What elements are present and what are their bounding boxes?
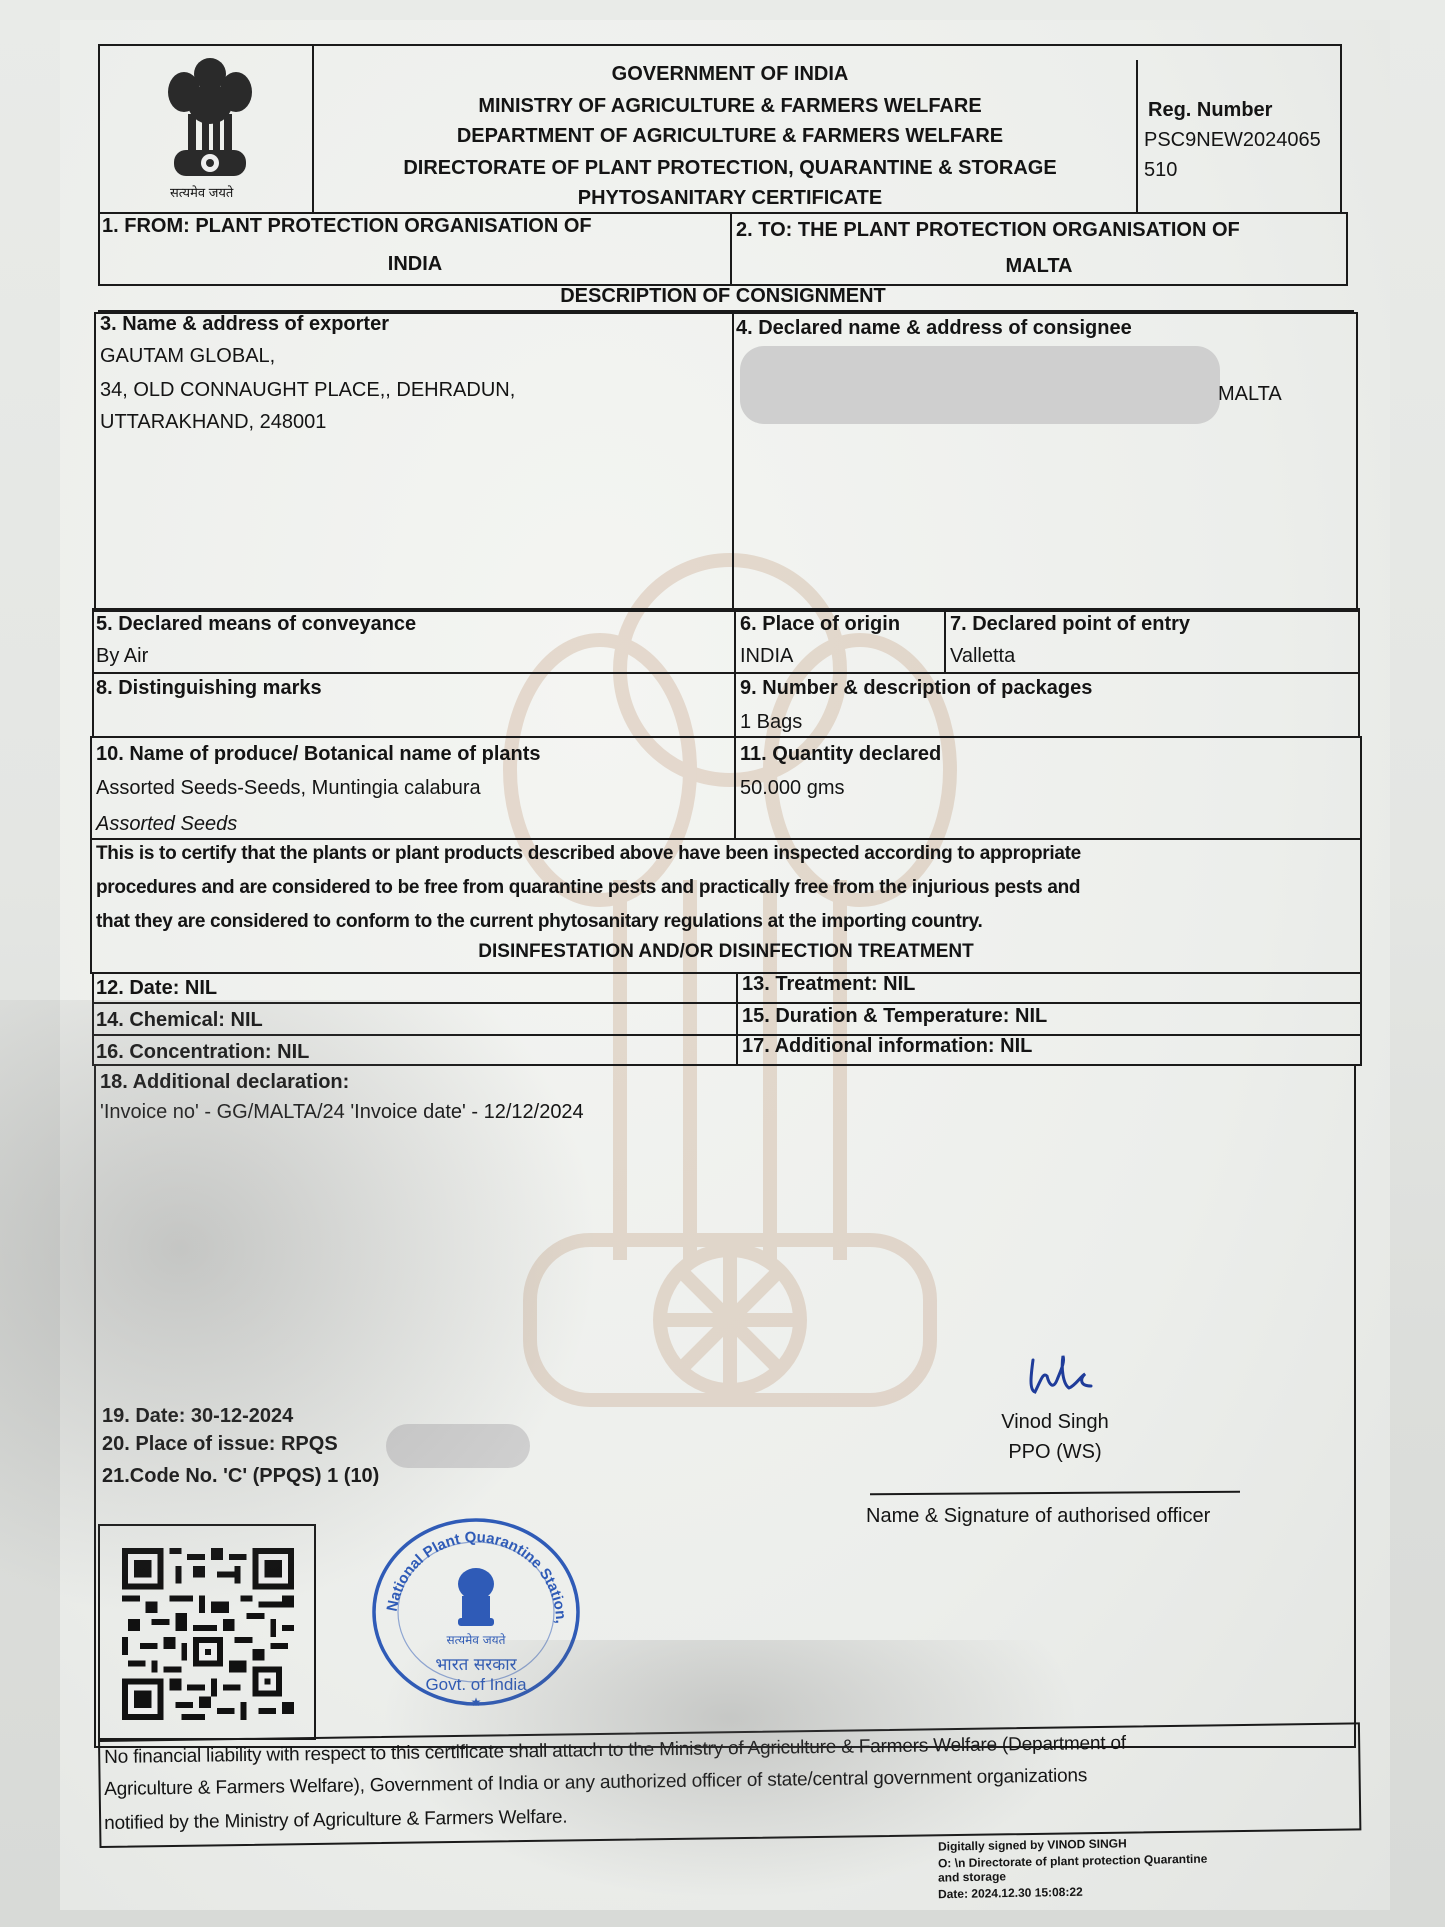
qr-code-icon[interactable] bbox=[118, 1548, 298, 1720]
consignee-redaction bbox=[740, 346, 1220, 424]
origin-label: 6. Place of origin bbox=[740, 612, 900, 636]
consignee-label: 4. Declared name & address of consignee bbox=[736, 316, 1132, 340]
header-line-2: MINISTRY OF AGRICULTURE & FARMERS WELFAR… bbox=[320, 94, 1140, 118]
header-line-3: DEPARTMENT OF AGRICULTURE & FARMERS WELF… bbox=[320, 124, 1140, 148]
packages-label: 9. Number & description of packages bbox=[740, 676, 1092, 700]
declaration-value: 'Invoice no' - GG/MALTA/24 'Invoice date… bbox=[100, 1100, 584, 1124]
consignment-title: DESCRIPTION OF CONSIGNMENT bbox=[98, 284, 1348, 308]
treatment-chemical: 14. Chemical: NIL bbox=[96, 1008, 263, 1032]
issue-place: 20. Place of issue: RPQS bbox=[102, 1432, 338, 1456]
certificate-title: PHYTOSANITARY CERTIFICATE bbox=[320, 186, 1140, 210]
produce-value: Assorted Seeds-Seeds, Muntingia calabura bbox=[96, 776, 481, 800]
officer-name: Vinod Singh bbox=[960, 1410, 1150, 1434]
digital-signature-line-3: and storage bbox=[938, 1869, 1006, 1885]
produce-label: 10. Name of produce/ Botanical name of p… bbox=[96, 742, 541, 766]
produce-value-italic: Assorted Seeds bbox=[96, 812, 237, 836]
place-redaction bbox=[386, 1424, 530, 1468]
from-value: INDIA bbox=[100, 252, 730, 276]
certify-line-2: procedures and are considered to be free… bbox=[96, 876, 1080, 900]
origin-value: INDIA bbox=[740, 644, 793, 668]
svg-text:सत्यमेव जयते: सत्यमेव जयते bbox=[447, 1633, 507, 1647]
entry-label: 7. Declared point of entry bbox=[950, 612, 1190, 636]
digital-signature-date: Date: 2024.12.30 15:08:22 bbox=[938, 1885, 1083, 1903]
consignee-country: MALTA bbox=[1218, 382, 1282, 406]
svg-text:★: ★ bbox=[471, 1695, 482, 1709]
entry-value: Valletta bbox=[950, 644, 1015, 668]
quantity-label: 11. Quantity declared bbox=[740, 742, 941, 766]
emblem-motto: सत्यमेव जयते bbox=[170, 186, 233, 200]
quantity-value: 50.000 gms bbox=[740, 776, 845, 800]
reg-number-value-cont: 510 bbox=[1144, 158, 1177, 182]
stamp-hindi-text: भारत सरकार bbox=[435, 1655, 517, 1675]
issue-date: 19. Date: 30-12-2024 bbox=[102, 1404, 293, 1428]
to-value: MALTA bbox=[732, 254, 1346, 278]
treatment-concentration: 16. Concentration: NIL bbox=[96, 1040, 309, 1064]
exporter-address-2: UTTARAKHAND, 248001 bbox=[100, 410, 326, 434]
marks-label: 8. Distinguishing marks bbox=[96, 676, 322, 700]
treatment-title: DISINFESTATION AND/OR DISINFECTION TREAT… bbox=[90, 940, 1362, 964]
certify-line-1: This is to certify that the plants or pl… bbox=[96, 842, 1081, 866]
issue-code: 21.Code No. 'C' (PPQS) 1 (10) bbox=[102, 1464, 379, 1488]
signature-icon bbox=[1025, 1350, 1125, 1400]
reg-number-value: PSC9NEW2024065 bbox=[1144, 128, 1321, 152]
certify-line-3: that they are considered to conform to t… bbox=[96, 910, 982, 934]
packages-value: 1 Bags bbox=[740, 710, 802, 734]
official-seal-icon: National Plant Quarantine Station, New D… bbox=[366, 1512, 586, 1712]
treatment-additional-info: 17. Additional information: NIL bbox=[742, 1034, 1032, 1058]
from-label: 1. FROM: PLANT PROTECTION ORGANISATION O… bbox=[102, 214, 592, 238]
exporter-name: GAUTAM GLOBAL, bbox=[100, 344, 275, 368]
treatment-duration: 15. Duration & Temperature: NIL bbox=[742, 1004, 1047, 1028]
officer-designation: PPO (WS) bbox=[960, 1440, 1150, 1464]
reg-number-label: Reg. Number bbox=[1148, 98, 1272, 122]
declaration-label: 18. Additional declaration: bbox=[100, 1070, 349, 1094]
header-line-1: GOVERNMENT OF INDIA bbox=[320, 62, 1140, 86]
exporter-label: 3. Name & address of exporter bbox=[100, 312, 389, 336]
stamp-govt-text: Govt. of India bbox=[425, 1675, 527, 1694]
conveyance-value: By Air bbox=[96, 644, 148, 668]
national-emblem-icon bbox=[160, 52, 260, 200]
signature-caption: Name & Signature of authorised officer bbox=[866, 1504, 1210, 1528]
treatment-type: 13. Treatment: NIL bbox=[742, 972, 915, 996]
to-label: 2. TO: THE PLANT PROTECTION ORGANISATION… bbox=[736, 218, 1240, 242]
header-line-4: DIRECTORATE OF PLANT PROTECTION, QUARANT… bbox=[320, 156, 1140, 180]
exporter-address-1: 34, OLD CONNAUGHT PLACE,, DEHRADUN, bbox=[100, 378, 515, 402]
treatment-date: 12. Date: NIL bbox=[96, 976, 217, 1000]
conveyance-label: 5. Declared means of conveyance bbox=[96, 612, 416, 636]
